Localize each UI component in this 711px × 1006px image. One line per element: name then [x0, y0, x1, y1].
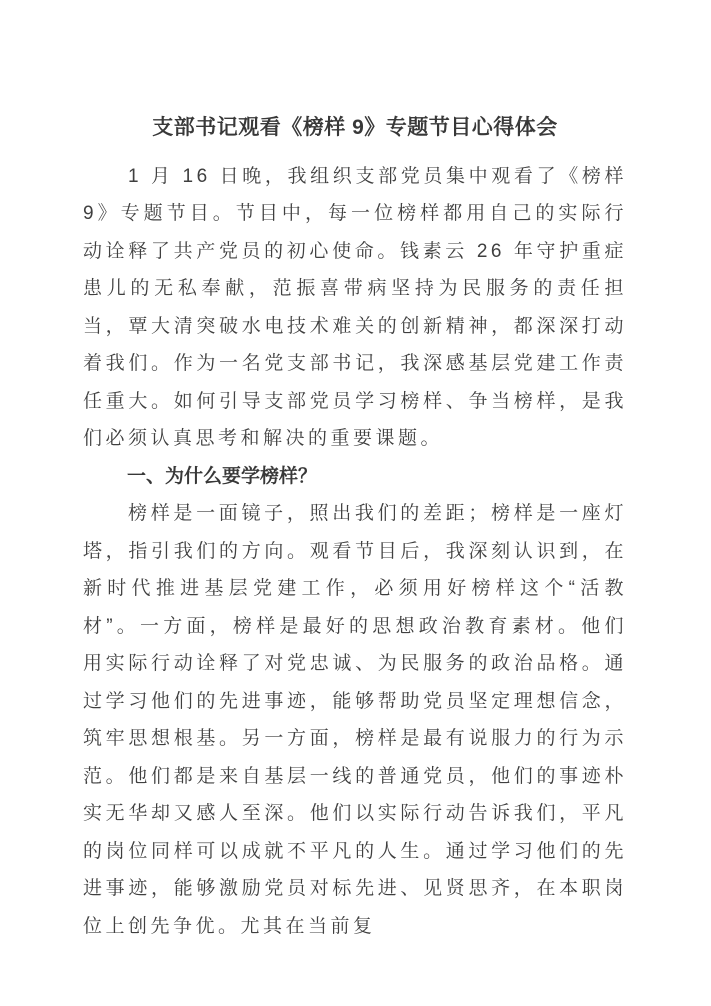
document-page: 支部书记观看《榜样 9》专题节目心得体会 1 月 16 日晚，我组织支部党员集中…	[0, 0, 711, 1006]
document-title: 支部书记观看《榜样 9》专题节目心得体会	[83, 109, 627, 147]
paragraph-section-one-body: 榜样是一面镜子，照出我们的差距；榜样是一座灯塔，指引我们的方向。观看节目后，我深…	[83, 495, 627, 945]
section-heading-why-learn-role-models: 一、为什么要学榜样？	[83, 458, 627, 496]
paragraph-intro: 1 月 16 日晚，我组织支部党员集中观看了《榜样 9》专题节目。节目中，每一位…	[83, 158, 627, 458]
